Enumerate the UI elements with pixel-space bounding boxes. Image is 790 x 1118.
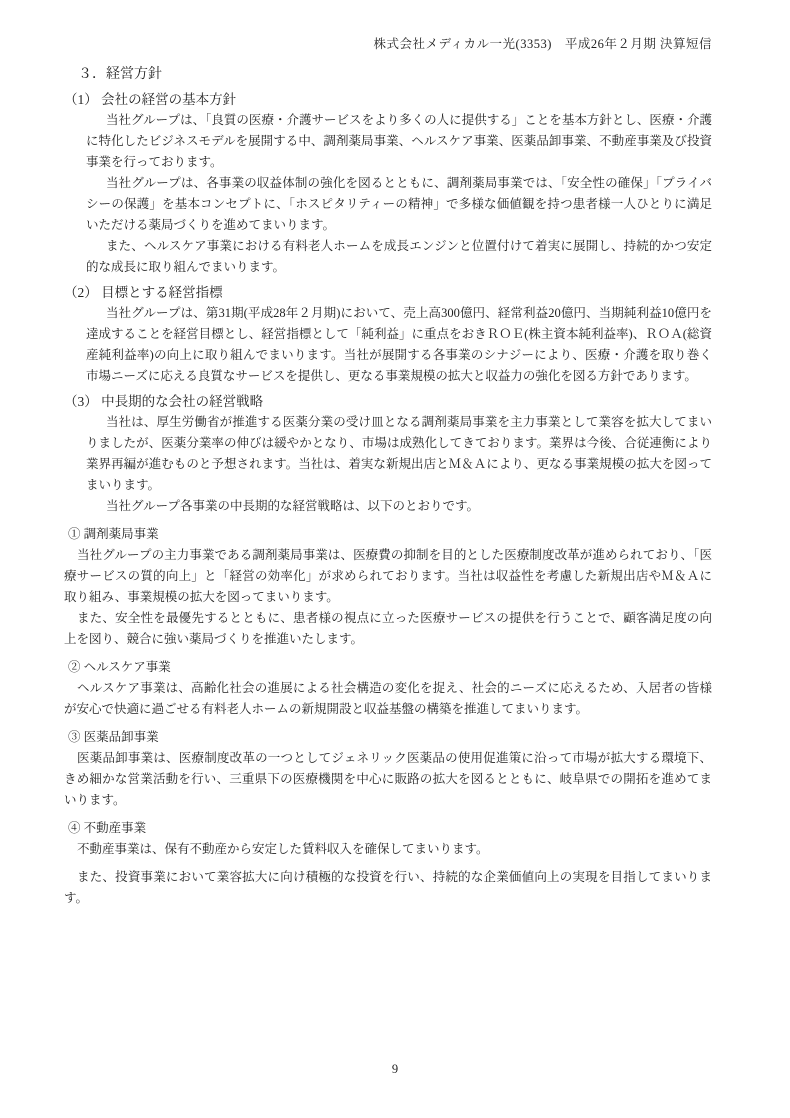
document-page: 株式会社メディカル一光(3353) 平成26年２月期 決算短信 ３．経営方針 （… — [0, 0, 790, 1118]
paragraph: 当社グループは、第31期(平成28年２月期)において、売上高300億円、経常利益… — [86, 303, 712, 387]
section-body: 当社グループは、第31期(平成28年２月期)において、売上高300億円、経常利益… — [0, 303, 790, 387]
document-title: ３．経営方針 — [78, 64, 712, 85]
paragraph: ヘルスケア事業は、高齢化社会の進展による社会構造の変化を捉え、社会的ニーズに応え… — [64, 678, 712, 720]
page-number: 9 — [0, 1059, 790, 1080]
numbered-item-pharmacy: ① 調剤薬局事業 当社グループの主力事業である調剤薬局事業は、医療費の抑制を目的… — [0, 524, 790, 650]
item-body: ヘルスケア事業は、高齢化社会の進展による社会構造の変化を捉え、社会的ニーズに応え… — [0, 678, 790, 720]
numbered-item-healthcare: ② ヘルスケア事業 ヘルスケア事業は、高齢化社会の進展による社会構造の変化を捉え… — [0, 657, 790, 720]
paragraph: 医薬品卸事業は、医療制度改革の一つとしてジェネリック医薬品の使用促進策に沿って市… — [64, 748, 712, 811]
paragraph: また、安全性を最優先するとともに、患者様の視点に立った医療サービスの提供を行うこ… — [64, 608, 712, 650]
section-body: 当社グループは、「良質の医療・介護サービスをより多くの人に提供する」ことを基本方… — [0, 110, 790, 278]
paragraph: 当社グループの主力事業である調剤薬局事業は、医療費の抑制を目的とした医療制度改革… — [64, 545, 712, 608]
item-body: 医薬品卸事業は、医療制度改革の一つとしてジェネリック医薬品の使用促進策に沿って市… — [0, 748, 790, 811]
paragraph: また、ヘルスケア事業における有料老人ホームを成長エンジンと位置付けて着実に展開し… — [86, 236, 712, 278]
item-body: 当社グループの主力事業である調剤薬局事業は、医療費の抑制を目的とした医療制度改革… — [0, 545, 790, 650]
numbered-item-pharmaceutical-wholesale: ③ 医薬品卸事業 医薬品卸事業は、医療制度改革の一つとしてジェネリック医薬品の使… — [0, 727, 790, 811]
closing-block: また、投資事業において業容拡大に向け積極的な投資を行い、持続的な企業価値向上の実… — [0, 867, 790, 909]
paragraph: 当社グループは、各事業の収益体制の強化を図るとともに、調剤薬局事業では、「安全性… — [86, 173, 712, 236]
paragraph: 不動産事業は、保有不動産から安定した賃料収入を確保してまいります。 — [64, 839, 712, 860]
item-heading: ② ヘルスケア事業 — [68, 657, 712, 678]
section-basic-policy: （1） 会社の経営の基本方針 当社グループは、「良質の医療・介護サービスをより多… — [0, 89, 790, 278]
closing-paragraph: また、投資事業において業容拡大に向け積極的な投資を行い、持続的な企業価値向上の実… — [64, 867, 712, 909]
document-header: 株式会社メディカル一光(3353) 平成26年２月期 決算短信 — [0, 34, 712, 55]
section-mid-long-term-strategy: （3） 中長期的な会社の経営戦略 当社は、厚生労働省が推進する医薬分業の受け皿と… — [0, 391, 790, 517]
section-target-indicators: （2） 目標とする経営指標 当社グループは、第31期(平成28年２月期)において… — [0, 282, 790, 387]
section-heading: （1） 会社の経営の基本方針 — [64, 89, 712, 110]
item-body: 不動産事業は、保有不動産から安定した賃料収入を確保してまいります。 — [0, 839, 790, 860]
document-content: ３．経営方針 （1） 会社の経営の基本方針 当社グループは、「良質の医療・介護サ… — [0, 64, 790, 909]
numbered-item-real-estate: ④ 不動産事業 不動産事業は、保有不動産から安定した賃料収入を確保してまいります… — [0, 818, 790, 860]
item-heading: ④ 不動産事業 — [68, 818, 712, 839]
item-heading: ③ 医薬品卸事業 — [68, 727, 712, 748]
paragraph: 当社グループ各事業の中長期的な経営戦略は、以下のとおりです。 — [86, 496, 712, 517]
section-heading: （2） 目標とする経営指標 — [64, 282, 712, 303]
paragraph: 当社グループは、「良質の医療・介護サービスをより多くの人に提供する」ことを基本方… — [86, 110, 712, 173]
section-body: 当社は、厚生労働省が推進する医薬分業の受け皿となる調剤薬局事業を主力事業として業… — [0, 412, 790, 517]
paragraph: 当社は、厚生労働省が推進する医薬分業の受け皿となる調剤薬局事業を主力事業として業… — [86, 412, 712, 496]
section-heading: （3） 中長期的な会社の経営戦略 — [64, 391, 712, 412]
item-heading: ① 調剤薬局事業 — [68, 524, 712, 545]
